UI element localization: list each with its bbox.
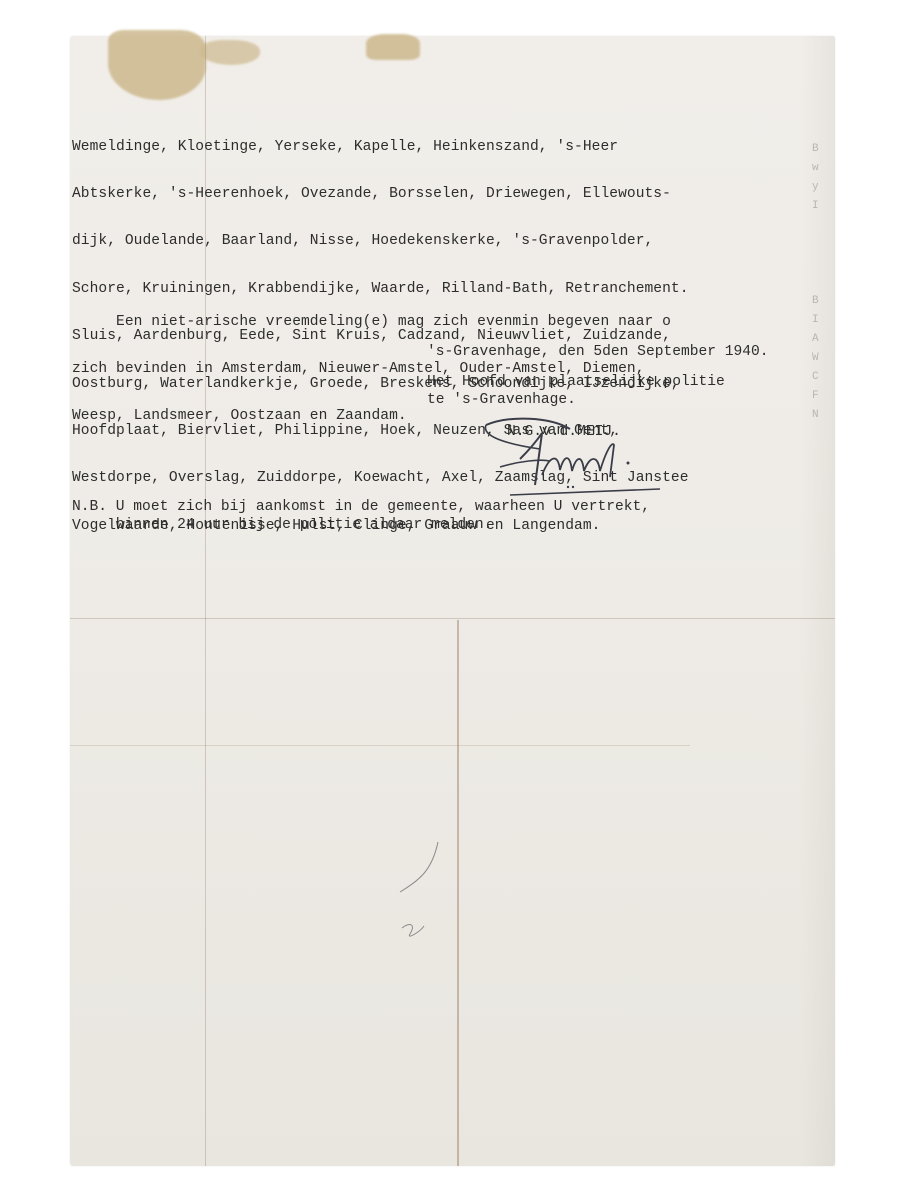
fold-line-horizontal	[70, 745, 690, 746]
place-list-line: Abtskerke, 's-Heerenhoek, Ovezande, Bors…	[72, 187, 689, 203]
nota-bene-line: N.B. U moet zich bij aankomst in de geme…	[72, 500, 650, 516]
water-stain	[200, 40, 260, 65]
date-line: 's-Gravenhage, den 5den September 1940.	[427, 345, 769, 361]
water-stain	[366, 34, 420, 60]
water-stain	[108, 30, 206, 100]
bleed-through-text: B w y I B I A W C F N	[812, 140, 826, 425]
paragraph-line: Een niet-arische vreemdeling(e) mag zich…	[72, 315, 671, 331]
nota-bene-line: binnen 24 uur bij de politie aldaar meld…	[72, 518, 492, 534]
handwritten-signature	[480, 415, 670, 500]
fold-line-horizontal	[70, 618, 835, 619]
place-list-line: dijk, Oudelande, Baarland, Nisse, Hoedek…	[72, 234, 689, 250]
issuer-title: Het Hoofd van plaatselijke politie	[427, 375, 725, 391]
fold-line-vertical	[457, 620, 459, 1166]
pencil-mark	[380, 840, 440, 950]
place-list-line: Wemeldinge, Kloetinge, Yerseke, Kapelle,…	[72, 140, 689, 156]
issuer-location: te 's-Gravenhage.	[427, 393, 576, 409]
